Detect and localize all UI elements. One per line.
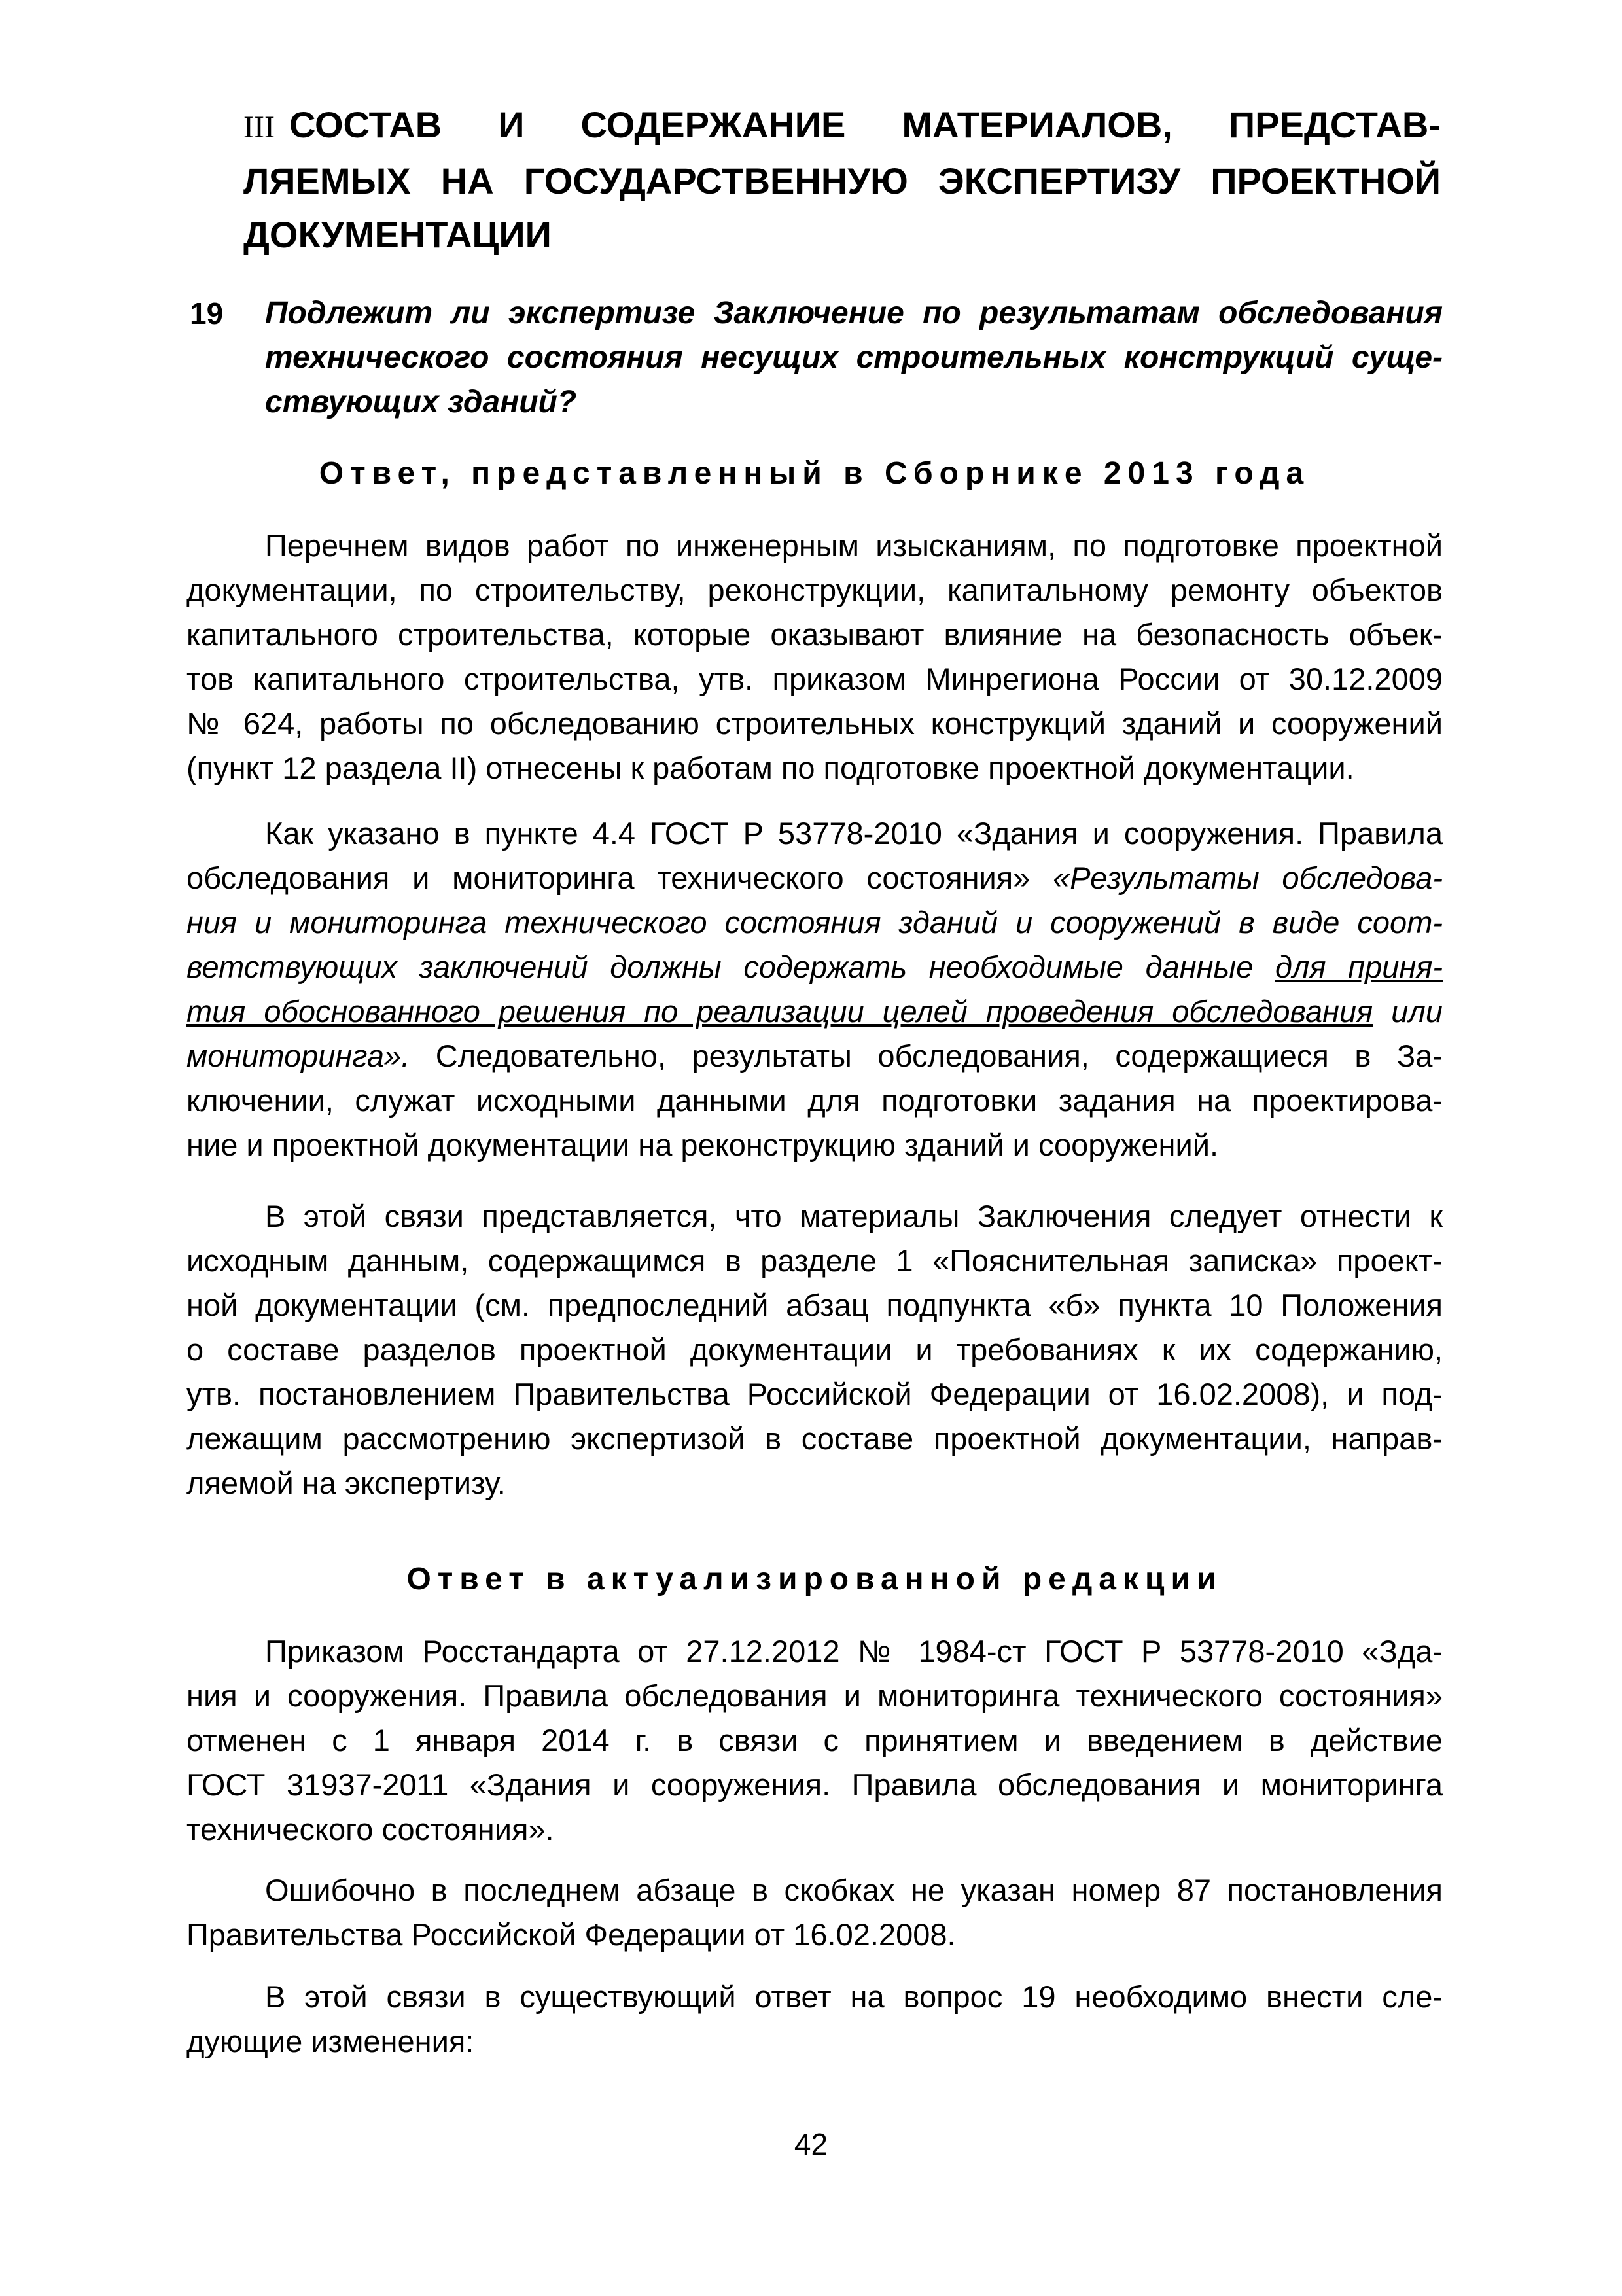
answer-2013-paragraph-1: Перечнем видов работ по инженерным изыск… [186,523,1443,790]
underlined-emphasis: для приня- [1275,949,1443,984]
answer-updated-heading: Ответ в актуализированной редакции [186,1557,1443,1602]
answer-2013-paragraph-2: Как указано в пункте 4.4 ГОСТ Р 53778-20… [186,811,1443,1167]
section-title: IIIСОСТАВ И СОДЕРЖАНИЕ МАТЕРИАЛОВ, ПРЕДС… [243,98,1441,262]
section-title-line: ЛЯЕМЫХ НА ГОСУДАРСТВЕННУЮ ЭКСПЕРТИЗУ ПРО… [243,154,1441,208]
question-number: 19 [190,291,223,336]
page-number: 42 [0,2127,1622,2162]
answer-updated-paragraph-1: Приказом Росстандарта от 27.12.2012 № 19… [186,1629,1443,1852]
answer-updated-paragraph-2: Ошибочно в последнем абзаце в скобках не… [186,1868,1443,1957]
quote-start: «Результаты обследова- [1053,860,1443,895]
document-page: IIIСОСТАВ И СОДЕРЖАНИЕ МАТЕРИАЛОВ, ПРЕДС… [0,0,1622,2296]
underlined-emphasis: тия обоснованного решения по реализации … [186,994,1373,1029]
section-roman-numeral: III [243,110,275,145]
answer-updated-paragraph-3: В этой связи в существующий ответ на воп… [186,1975,1443,2064]
question-text: Подлежит ли экспертизе Заключение по рез… [265,291,1443,425]
section-title-line: ДОКУМЕНТАЦИИ [243,208,1441,262]
answer-2013-paragraph-3: В этой связи представляется, что материа… [186,1194,1443,1506]
section-title-line: IIIСОСТАВ И СОДЕРЖАНИЕ МАТЕРИАЛОВ, ПРЕДС… [243,98,1441,154]
answer-2013-heading: Ответ, представленный в Сборнике 2013 го… [186,451,1443,496]
